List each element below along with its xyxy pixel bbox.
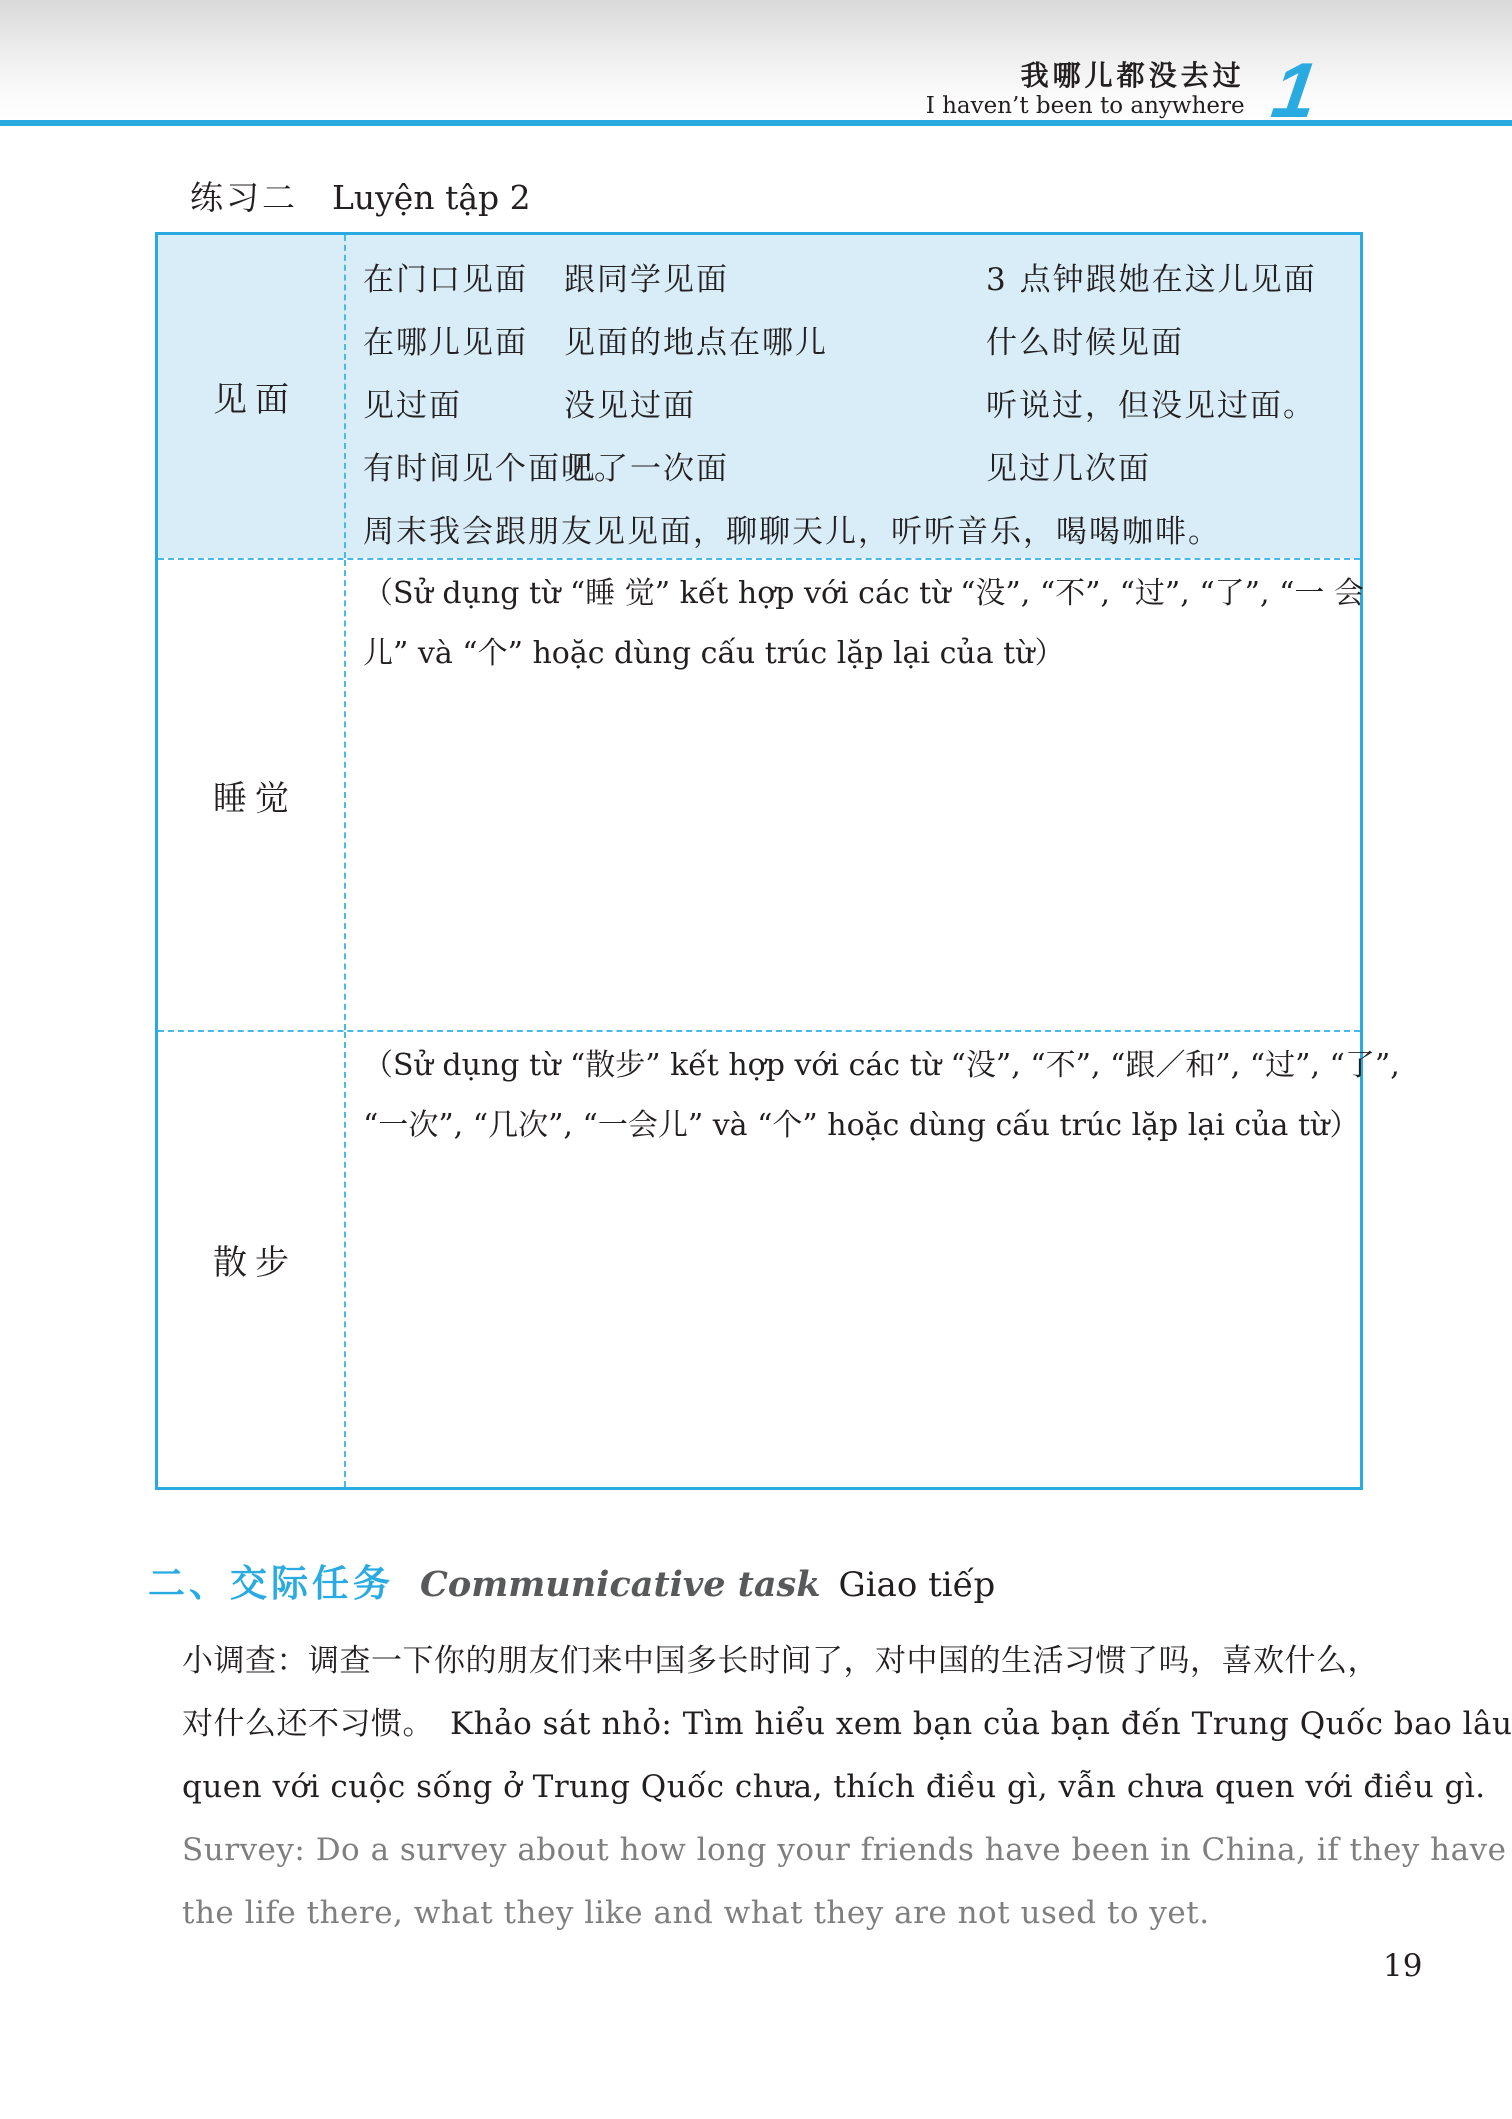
header-divider-rule [0, 120, 1512, 126]
task-line-zh-vi: 对什么还不习惯。 Khảo sát nhỏ: Tìm hiểu xem bạn … [182, 1693, 1382, 1756]
textbook-page: 我哪儿都没去过 I haven’t been to anywhere 1 练习二… [0, 0, 1512, 2119]
phrase: 跟同学见面 [564, 254, 986, 299]
phrase: 见面的地点在哪儿 [564, 317, 986, 362]
phrase-line: 见过面 没见过面 听说过，但没见过面。 [363, 371, 1344, 434]
unit-title-english: I haven’t been to anywhere [926, 93, 1245, 119]
row-label-sanbu: 散步 [158, 1032, 344, 1487]
instruction-line: （Sử dụng từ “睡 觉” kết hợp với các từ “没”… [363, 564, 1364, 624]
task-line-english: Survey: Do a survey about how long your … [182, 1819, 1382, 1882]
phrase-line: 在门口见面 跟同学见面 3 点钟跟她在这儿见面 [363, 245, 1344, 308]
section-heading-vietnamese: Giao tiếp [839, 1565, 996, 1605]
communicative-task-heading: 二、交际任务 Communicative task Giao tiếp [148, 1553, 995, 1607]
table-row-shuijiao: 睡觉 （Sử dụng từ “睡 觉” kết hợp với các từ … [158, 558, 1360, 1030]
unit-number: 1 [1269, 61, 1321, 119]
unit-title-chinese: 我哪儿都没去过 [926, 61, 1245, 91]
phrase: 听说过，但没见过面。 [986, 380, 1344, 425]
page-header: 我哪儿都没去过 I haven’t been to anywhere 1 [0, 0, 1512, 120]
phrase: 什么时候见面 [986, 317, 1344, 362]
phrase: 3 点钟跟她在这儿见面 [986, 254, 1344, 299]
row-content-jianmian: 在门口见面 跟同学见面 3 点钟跟她在这儿见面 在哪儿见面 见面的地点在哪儿 什… [344, 235, 1360, 558]
phrase: 在哪儿见面 [363, 317, 564, 362]
table-row-jianmian: 见面 在门口见面 跟同学见面 3 点钟跟她在这儿见面 在哪儿见面 见面的地点在哪… [158, 235, 1360, 558]
phrase: 没见过面 [564, 380, 986, 425]
row-label-shuijiao: 睡觉 [158, 560, 344, 1030]
phrase: 有时间见个面吧。 [363, 443, 564, 488]
header-content: 我哪儿都没去过 I haven’t been to anywhere 1 [926, 61, 1316, 119]
section-heading-chinese: 二、交际任务 [148, 1553, 394, 1607]
table-row-sanbu: 散步 （Sử dụng từ “散步” kết hợp với các từ “… [158, 1030, 1360, 1487]
task-line-english: the life there, what they like and what … [182, 1882, 1382, 1945]
task-line-zh-vi: 小调查：调查一下你的朋友们来中国多长时间了，对中国的生活习惯了吗，喜欢什么， [182, 1630, 1382, 1693]
instruction-line: “一次”, “几次”, “一会儿” và “个” hoặc dùng cấu t… [363, 1096, 1400, 1156]
phrase: 见了一次面 [564, 443, 986, 488]
phrase-sentence: 周末我会跟朋友见见面，聊聊天儿，听听音乐，喝喝咖啡。 [363, 497, 1344, 560]
unit-titles: 我哪儿都没去过 I haven’t been to anywhere [926, 61, 1245, 119]
exercise-title-chinese: 练习二 [190, 178, 298, 217]
exercise-title-vietnamese: Luyện tập 2 [332, 178, 531, 217]
row-content-shuijiao: （Sử dụng từ “睡 觉” kết hợp với các từ “没”… [344, 560, 1380, 1030]
exercise-title: 练习二Luyện tập 2 [190, 172, 531, 219]
page-number: 19 [1383, 1948, 1422, 1984]
phrase-line: 在哪儿见面 见面的地点在哪儿 什么时候见面 [363, 308, 1344, 371]
section-heading-english: Communicative task [420, 1564, 821, 1605]
survey-task-paragraph: 小调查：调查一下你的朋友们来中国多长时间了，对中国的生活习惯了吗，喜欢什么， 对… [182, 1630, 1382, 1945]
phrase: 见过面 [363, 380, 564, 425]
instruction-line: （Sử dụng từ “散步” kết hợp với các từ “没”,… [363, 1036, 1400, 1096]
instruction-line: 儿” và “个” hoặc dùng cấu trúc lặp lại của… [363, 624, 1364, 684]
row-label-jianmian: 见面 [158, 235, 344, 558]
phrase: 在门口见面 [363, 254, 564, 299]
phrase-line: 有时间见个面吧。 见了一次面 见过几次面 [363, 434, 1344, 497]
practice-table: 见面 在门口见面 跟同学见面 3 点钟跟她在这儿见面 在哪儿见面 见面的地点在哪… [155, 232, 1363, 1490]
row-content-sanbu: （Sử dụng từ “散步” kết hợp với các từ “没”,… [344, 1032, 1416, 1487]
task-line-zh-vi: quen với cuộc sống ở Trung Quốc chưa, th… [182, 1756, 1382, 1819]
phrase: 见过几次面 [986, 443, 1344, 488]
